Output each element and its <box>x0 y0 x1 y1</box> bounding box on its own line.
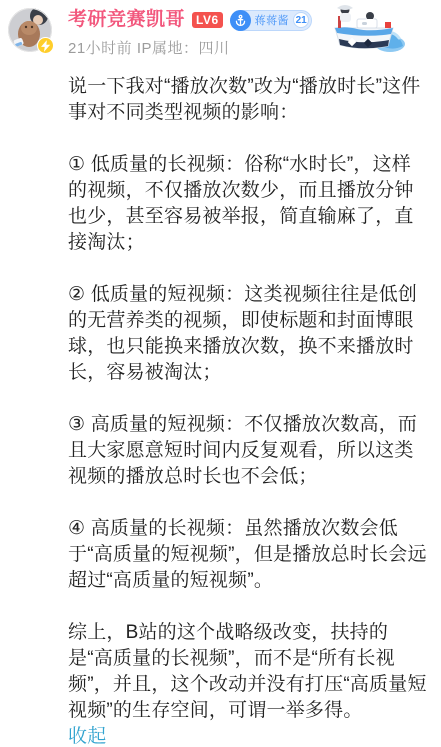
paragraph-point-1: ① 低质量的长视频：俗称“水时长”，这样的视频，不仅播放次数少，而且播放分钟也少… <box>68 152 428 256</box>
lightning-badge-icon <box>37 37 54 54</box>
fan-badge-name: 蒋蒋酱 <box>251 12 294 28</box>
post-card: 考研竞赛凯哥 LV6 蒋蒋酱 21 21小时前 IP属地：四川 <box>0 0 441 747</box>
username[interactable]: 考研竞赛凯哥 <box>68 9 185 31</box>
collapse-link[interactable]: 收起 <box>68 724 428 747</box>
post-header: 考研竞赛凯哥 LV6 蒋蒋酱 21 21小时前 IP属地：四川 <box>0 0 441 58</box>
post-meta: 21小时前 IP属地：四川 <box>68 37 312 58</box>
paragraph-point-2: ② 低质量的短视频：这类视频往往是低创的无营养类的视频，即使标题和封面博眼球，也… <box>68 282 428 386</box>
fan-badge-level: 21 <box>293 12 309 28</box>
paragraph-intro: 说一下我对“播放次数”改为“播放时长”这件事对不同类型视频的影响： <box>68 74 428 126</box>
avatar[interactable] <box>8 8 52 52</box>
paragraph-summary: 综上，B站的这个战略级改变，扶持的是“高质量的长视频”，而不是“所有长视频”，并… <box>68 620 428 724</box>
header-info: 考研竞赛凯哥 LV6 蒋蒋酱 21 21小时前 IP属地：四川 <box>68 6 312 58</box>
post-content: 说一下我对“播放次数”改为“播放时长”这件事对不同类型视频的影响： ① 低质量的… <box>68 74 428 747</box>
paragraph-point-4: ④ 高质量的长视频：虽然播放次数会低于“高质量的短视频”，但是播放总时长会远超过… <box>68 516 428 594</box>
anchor-icon <box>230 10 251 31</box>
ship-decoration-icon <box>327 2 407 54</box>
fan-badge[interactable]: 蒋蒋酱 21 <box>230 10 313 31</box>
level-badge: LV6 <box>192 12 223 28</box>
name-row: 考研竞赛凯哥 LV6 蒋蒋酱 21 <box>68 9 312 31</box>
paragraph-point-3: ③ 高质量的短视频：不仅播放次数高，而且大家愿意短时间内反复观看，所以这类视频的… <box>68 412 428 490</box>
